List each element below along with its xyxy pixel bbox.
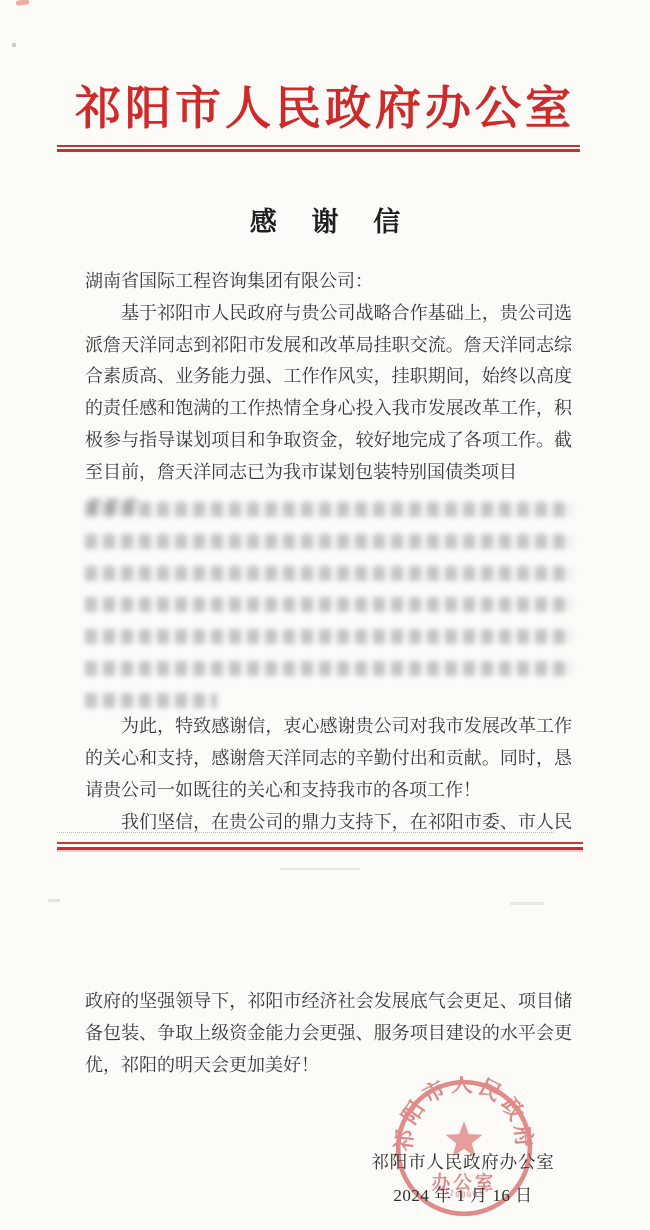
redacted-text [85, 693, 217, 708]
page-separator [57, 842, 583, 850]
letter-body-page1: 湖南省国际工程咨询集团有限公司：基于祁阳市人民政府与贵公司战略合作基础上，贵公司… [85, 266, 572, 838]
redacted-text [85, 661, 572, 676]
page-edge-line [57, 832, 554, 833]
redacted-text [85, 566, 572, 581]
redacted-line [85, 520, 572, 552]
letter-line: 为此，特致感谢信，衷心感谢贵公司对我市发展改革工作 [85, 711, 572, 743]
redacted-line [85, 584, 572, 616]
redacted-line [85, 552, 572, 584]
letter-body-page2: 政府的坚强领导下，祁阳市经济社会发展底气会更足、项目储备包装、争取上级资金能力会… [85, 986, 572, 1081]
redacted-text [85, 629, 572, 644]
letter-line: 我们坚信，在贵公司的鼎力支持下，在祁阳市委、市人民 [85, 807, 572, 839]
redacted-text [85, 534, 572, 549]
letter-line: 派詹天洋同志到祁阳市发展和改革局挂职交流。詹天洋同志综 [85, 330, 572, 362]
letter-title: 感 谢 信 [0, 200, 650, 239]
redacted-text [85, 502, 572, 517]
letter-line: 至目前，詹天洋同志已为我市谋划包装特别国债类项目 [85, 457, 572, 489]
signature-block: 祁阳市人民政府办公室 2024 年 1 月 16 日 [368, 1146, 558, 1212]
redacted-text [85, 597, 572, 612]
redacted-line [85, 679, 572, 711]
letter-line: 备包装、争取上级资金能力会更强、服务项目建设的水平会更 [85, 1018, 572, 1050]
scan-artifact [48, 899, 60, 902]
letter-line: 的责任感和饱满的工作热情全身心投入我市发展改革工作，积 [85, 393, 572, 425]
letter-line: 的关心和支持，感谢詹天洋同志的辛勤付出和贡献。同时，恳 [85, 743, 572, 775]
signature-name: 祁阳市人民政府办公室 [368, 1146, 558, 1179]
letter-line: 湖南省国际工程咨询集团有限公司： [85, 266, 572, 298]
scan-artifact [16, 0, 30, 6]
signature-date: 2024 年 1 月 16 日 [368, 1179, 558, 1212]
letter-line: 极参与指导谋划项目和争取资金，较好地完成了各项工作。截 [85, 425, 572, 457]
redacted-line [85, 648, 572, 680]
letter-line: 请贵公司一如既往的关心和支持我市的各项工作！ [85, 775, 572, 807]
letter-line: 政府的坚强领导下，祁阳市经济社会发展底气会更足、项目储 [85, 986, 572, 1018]
scan-artifact [12, 43, 16, 47]
redacted-line [85, 489, 572, 521]
letterhead-title: 祁阳市人民政府办公室 [0, 72, 650, 138]
document-page: 祁阳市人民政府办公室 感 谢 信 湖南省国际工程咨询集团有限公司：基于祁阳市人民… [0, 0, 650, 1230]
scan-artifact [280, 868, 360, 870]
letter-line: 合素质高、业务能力强、工作作风实，挂职期间，始终以高度 [85, 361, 572, 393]
redacted-line [85, 616, 572, 648]
scan-artifact [510, 902, 544, 905]
letter-line: 基于祁阳市人民政府与贵公司战略合作基础上，贵公司选 [85, 298, 572, 330]
letterhead-divider [57, 145, 580, 152]
